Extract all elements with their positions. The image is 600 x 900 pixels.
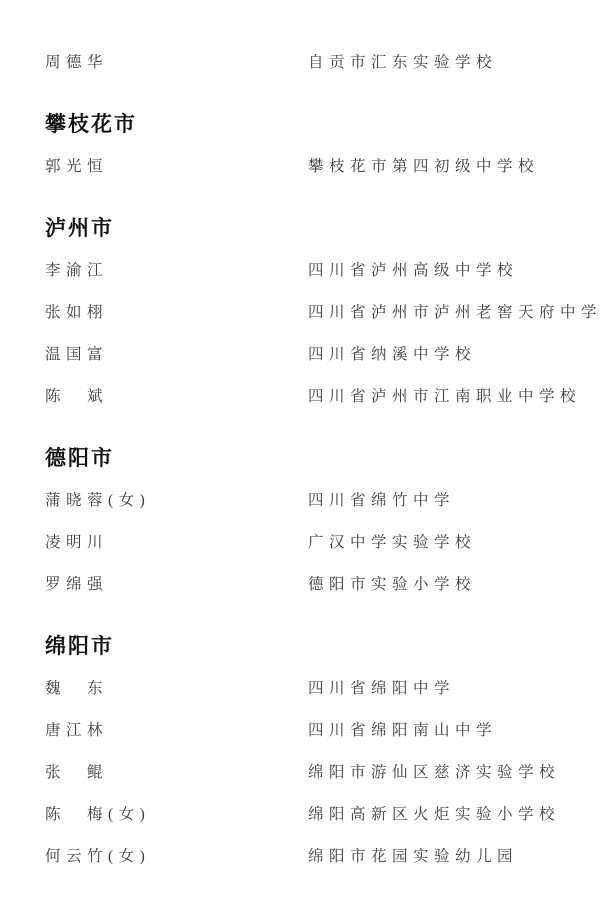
person-name: 蒲晓蓉(女) bbox=[45, 491, 308, 511]
person-name: 凌明川 bbox=[45, 533, 308, 553]
roster-row: 陈 梅(女) 绵阳高新区火炬实验小学校 bbox=[45, 805, 600, 825]
school-name: 绵阳市游仙区慈济实验学校 bbox=[308, 763, 600, 783]
city-section-header: 攀枝花市 bbox=[45, 113, 600, 137]
roster-row: 凌明川 广汉中学实验学校 bbox=[45, 533, 600, 553]
school-name: 自贡市汇东实验学校 bbox=[308, 53, 600, 73]
person-name: 郭光恒 bbox=[45, 157, 308, 177]
school-name: 四川省绵竹中学 bbox=[308, 491, 600, 511]
person-name: 何云竹(女) bbox=[45, 847, 308, 867]
roster-row: 何云竹(女) 绵阳市花园实验幼儿园 bbox=[45, 847, 600, 867]
name-school-roster-page: 周德华 自贡市汇东实验学校 攀枝花市 郭光恒 攀枝花市第四初级中学校 泸州市 李… bbox=[0, 0, 600, 900]
school-name: 广汉中学实验学校 bbox=[308, 533, 600, 553]
school-name: 德阳市实验小学校 bbox=[308, 575, 600, 595]
roster-row: 陈 斌 四川省泸州市江南职业中学校 bbox=[45, 387, 600, 407]
roster-row: 唐江林 四川省绵阳南山中学 bbox=[45, 721, 600, 741]
school-name: 四川省泸州市江南职业中学校 bbox=[308, 387, 600, 407]
roster-row: 魏 东 四川省绵阳中学 bbox=[45, 679, 600, 699]
roster-row: 郭光恒 攀枝花市第四初级中学校 bbox=[45, 157, 600, 177]
person-name: 魏 东 bbox=[45, 679, 308, 699]
school-name: 绵阳高新区火炬实验小学校 bbox=[308, 805, 600, 825]
roster-row: 温国富 四川省纳溪中学校 bbox=[45, 345, 600, 365]
roster-row: 周德华 自贡市汇东实验学校 bbox=[45, 53, 600, 73]
roster-row: 罗绵强 德阳市实验小学校 bbox=[45, 575, 600, 595]
person-name: 唐江林 bbox=[45, 721, 308, 741]
person-name: 张 鲲 bbox=[45, 763, 308, 783]
person-name: 张如栩 bbox=[45, 303, 308, 323]
city-section-header: 德阳市 bbox=[45, 447, 600, 471]
school-name: 绵阳市花园实验幼儿园 bbox=[308, 847, 600, 867]
person-name: 温国富 bbox=[45, 345, 308, 365]
school-name: 四川省泸州高级中学校 bbox=[308, 261, 600, 281]
school-name: 四川省绵阳中学 bbox=[308, 679, 600, 699]
school-name: 攀枝花市第四初级中学校 bbox=[308, 157, 600, 177]
person-name: 李渝江 bbox=[45, 261, 308, 281]
school-name: 四川省纳溪中学校 bbox=[308, 345, 600, 365]
person-name: 周德华 bbox=[45, 53, 308, 73]
roster-row: 蒲晓蓉(女) 四川省绵竹中学 bbox=[45, 491, 600, 511]
person-name: 陈 斌 bbox=[45, 387, 308, 407]
roster-row: 张 鲲 绵阳市游仙区慈济实验学校 bbox=[45, 763, 600, 783]
school-name: 四川省绵阳南山中学 bbox=[308, 721, 600, 741]
roster-row: 李渝江 四川省泸州高级中学校 bbox=[45, 261, 600, 281]
person-name: 陈 梅(女) bbox=[45, 805, 308, 825]
school-name: 四川省泸州市泸州老窖天府中学 bbox=[308, 303, 600, 323]
city-section-header: 绵阳市 bbox=[45, 635, 600, 659]
roster-row: 张如栩 四川省泸州市泸州老窖天府中学 bbox=[45, 303, 600, 323]
city-section-header: 泸州市 bbox=[45, 217, 600, 241]
person-name: 罗绵强 bbox=[45, 575, 308, 595]
